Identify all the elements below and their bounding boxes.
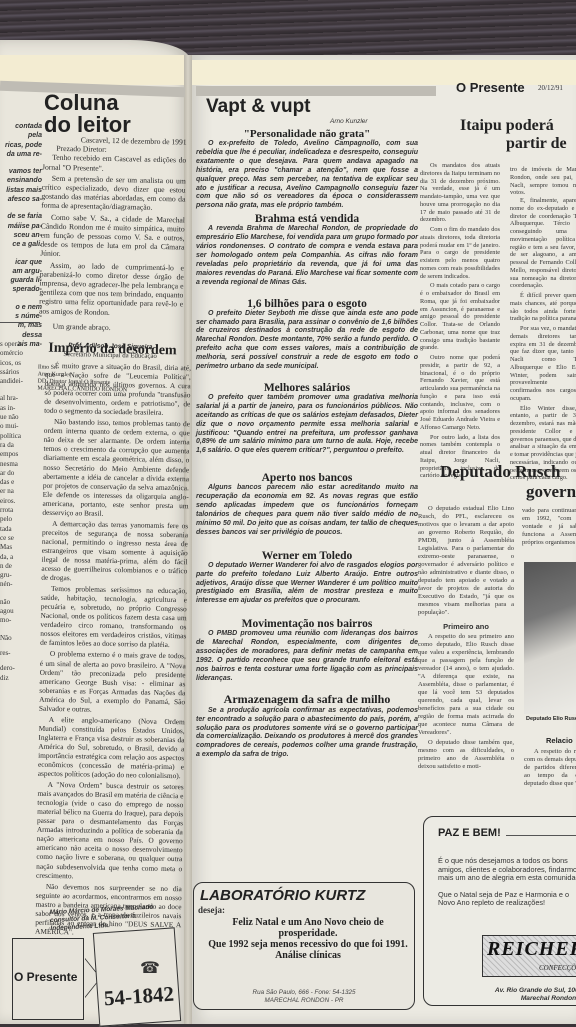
itaipu-headline-line2: partir de xyxy=(506,135,567,153)
item-body: O prefeito quer também promover uma grad… xyxy=(196,394,418,456)
relacionamento-subhead: Relacio xyxy=(546,736,573,745)
itaipu-col-1: Os mandatos dos atuais diretores da Itai… xyxy=(420,162,500,482)
itaipu-headline-line1: Itaipu poderá xyxy=(460,117,554,135)
reichert-address: Av. Rio Grande do Sul, 1003 - Fone Marec… xyxy=(454,987,576,1003)
item-body: O deputado Werner Wanderer foi alvo de r… xyxy=(196,562,418,607)
item-headline: Brahma está vendida xyxy=(196,213,418,225)
reichert-logo: REICHERT CONFECÇÕES xyxy=(482,935,576,977)
reichert-message: É o que nós desejamos a todos os bons am… xyxy=(438,857,576,908)
photo-caption: Deputado Elio Rusch xyxy=(526,716,576,722)
kurtz-greeting: Feliz Natal e um Ano Novo cheio de prosp… xyxy=(208,917,408,961)
imperio-article: É muito grave a situação do Brasil, diri… xyxy=(35,361,191,940)
deputado-col-2: vado para continuar os trabalhos em 1992… xyxy=(522,507,576,547)
item-headline: Armazenagem da safra de milho xyxy=(196,692,418,707)
kurtz-title: LABORATÓRIO KURTZ xyxy=(200,887,365,904)
item-body: Alguns bancos parecem não estar acredita… xyxy=(196,484,418,537)
item-body: O prefeito Dieter Seyboth me disse que a… xyxy=(196,310,418,372)
kurtz-subtitle: deseja: xyxy=(198,905,225,915)
vapt-vupt-author: Arno Kunzler xyxy=(330,118,368,125)
presente-ad-brand: O Presente xyxy=(14,970,77,984)
deputado-headline-line2: govern xyxy=(526,482,576,502)
deputado-col-2b: A respeito do relacionamento com os dema… xyxy=(524,748,576,790)
item-body: O PMBD promoveu uma reunião com lideranç… xyxy=(196,630,418,683)
item-headline: Aperto nos bancos xyxy=(196,472,418,484)
divider xyxy=(506,835,576,836)
coluna-leitor-title: Coluna do leitor xyxy=(44,92,131,136)
cropped-column-fragments-bottom: s operá-omércioicos, osssáriosandidei- a… xyxy=(0,340,38,683)
column-rule xyxy=(0,322,40,323)
vapt-vupt-items: "Personalidade não grata" O ex-prefeito … xyxy=(196,128,418,760)
telephone-icon: ☎ xyxy=(140,958,160,978)
kurtz-address: Rua São Paulo, 666 - Fone: 54-1325 MAREC… xyxy=(224,989,384,1004)
deputado-photo xyxy=(524,562,576,714)
reichert-ad: PAZ E BEM! É o que nós desejamos a todos… xyxy=(423,816,576,1006)
item-headline: Melhores salários xyxy=(196,382,418,394)
laboratorio-kurtz-ad: LABORATÓRIO KURTZ deseja: Feliz Natal e … xyxy=(193,882,415,1010)
itaipu-col-2: tro de imóveis de Marechal Rondon, onde … xyxy=(510,166,576,484)
presente-ad-phone: 54-1842 xyxy=(103,982,175,1012)
deputado-col-1: O deputado estadual Elio Lino Rusch, do … xyxy=(418,505,514,773)
primeiro-ano-subhead: Primeiro ano xyxy=(418,623,514,631)
item-body: O ex-prefeito de Toledo, Avelino Campagn… xyxy=(196,140,418,211)
item-body: Se a produção agrícola confirmar as expe… xyxy=(196,707,418,760)
vapt-vupt-title: Vapt & vupt xyxy=(206,96,311,118)
issue-date: 20/12/91 xyxy=(538,84,563,92)
masthead: O Presente xyxy=(456,80,525,95)
item-headline: Werner em Toledo xyxy=(196,550,418,562)
item-headline: 1,6 bilhões para o esgoto xyxy=(196,298,418,310)
section-band xyxy=(196,86,436,96)
imperio-headline: Império da desordem xyxy=(40,340,185,359)
cropped-column-fragments-top: contada pelaricas, podeda uma re- vamos … xyxy=(0,122,42,349)
reichert-title: PAZ E BEM! xyxy=(438,827,501,839)
deputado-headline-line1: Deputado Rusch xyxy=(440,462,560,482)
item-headline: "Personalidade não grata" xyxy=(196,128,418,140)
item-headline: Movimentação nos bairros xyxy=(196,618,418,630)
page-top-margin xyxy=(0,55,190,85)
item-body: A revenda Brahma de Marechal Rondon, de … xyxy=(196,225,418,287)
